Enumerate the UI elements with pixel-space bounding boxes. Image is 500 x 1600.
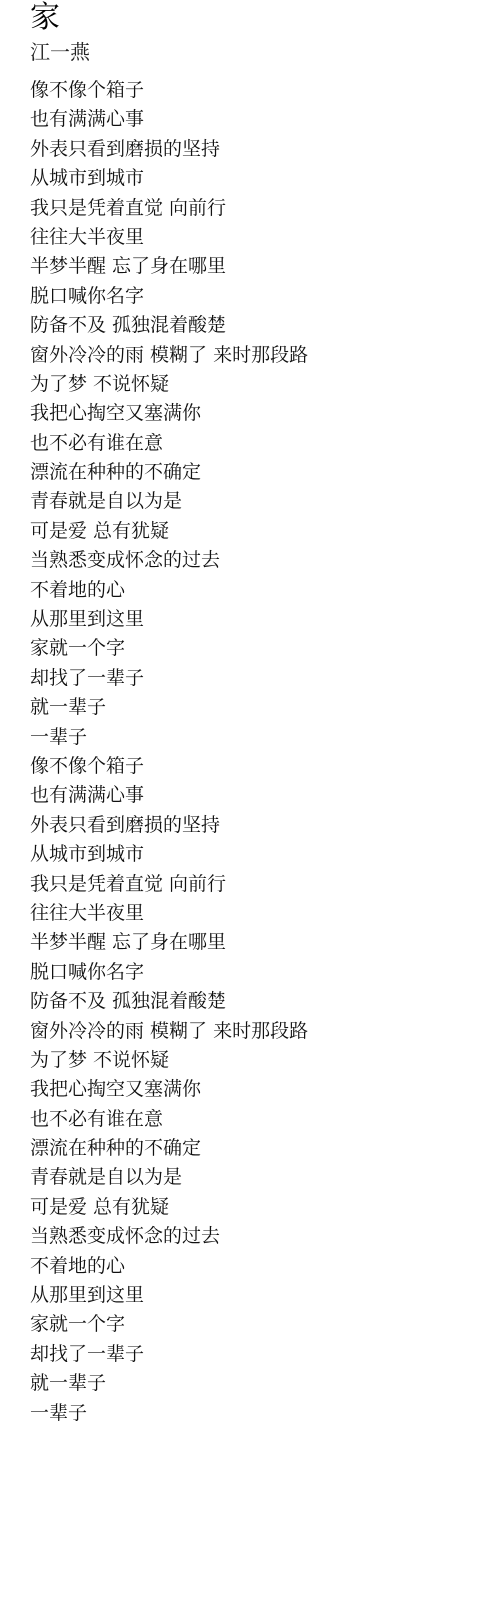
lyric-line: 就一辈子 — [30, 1369, 490, 1398]
lyric-line: 也有满满心事 — [30, 105, 490, 134]
lyric-line: 漂流在种种的不确定 — [30, 458, 490, 487]
lyric-line: 一辈子 — [30, 723, 490, 752]
lyric-line: 青春就是自以为是 — [30, 487, 490, 516]
lyric-line: 像不像个箱子 — [30, 752, 490, 781]
lyric-line: 像不像个箱子 — [30, 76, 490, 105]
lyric-line: 却找了一辈子 — [30, 1340, 490, 1369]
lyric-line: 也不必有谁在意 — [30, 429, 490, 458]
lyric-line: 就一辈子 — [30, 693, 490, 722]
lyric-line: 防备不及 孤独混着酸楚 — [30, 987, 490, 1016]
lyric-line: 从那里到这里 — [30, 1281, 490, 1310]
lyric-line: 从城市到城市 — [30, 840, 490, 869]
lyric-line: 漂流在种种的不确定 — [30, 1134, 490, 1163]
lyrics-list: 像不像个箱子 也有满满心事 外表只看到磨损的坚持 从城市到城市 我只是凭着直觉 … — [30, 76, 490, 1428]
lyric-line: 我只是凭着直觉 向前行 — [30, 194, 490, 223]
song-artist: 江一燕 — [30, 36, 490, 68]
lyric-line: 外表只看到磨损的坚持 — [30, 811, 490, 840]
lyric-line: 防备不及 孤独混着酸楚 — [30, 311, 490, 340]
lyric-line: 脱口喊你名字 — [30, 958, 490, 987]
lyric-line: 可是爱 总有犹疑 — [30, 1193, 490, 1222]
lyric-line: 家就一个字 — [30, 1310, 490, 1339]
song-title: 家 — [30, 0, 490, 36]
lyric-line: 我只是凭着直觉 向前行 — [30, 870, 490, 899]
lyric-line: 半梦半醒 忘了身在哪里 — [30, 252, 490, 281]
lyric-line: 往往大半夜里 — [30, 223, 490, 252]
lyrics-page: 家 江一燕 像不像个箱子 也有满满心事 外表只看到磨损的坚持 从城市到城市 我只… — [30, 0, 490, 1428]
lyric-line: 一辈子 — [30, 1399, 490, 1428]
lyric-line: 当熟悉变成怀念的过去 — [30, 1222, 490, 1251]
lyric-line: 外表只看到磨损的坚持 — [30, 135, 490, 164]
lyric-line: 当熟悉变成怀念的过去 — [30, 546, 490, 575]
lyric-line: 不着地的心 — [30, 576, 490, 605]
lyric-line: 为了梦 不说怀疑 — [30, 1046, 490, 1075]
lyric-line: 不着地的心 — [30, 1252, 490, 1281]
lyric-line: 窗外冷冷的雨 模糊了 来时那段路 — [30, 1017, 490, 1046]
lyric-line: 却找了一辈子 — [30, 664, 490, 693]
lyric-line: 为了梦 不说怀疑 — [30, 370, 490, 399]
lyric-line: 半梦半醒 忘了身在哪里 — [30, 928, 490, 957]
lyric-line: 窗外冷冷的雨 模糊了 来时那段路 — [30, 341, 490, 370]
lyric-line: 青春就是自以为是 — [30, 1163, 490, 1192]
lyric-line: 也有满满心事 — [30, 781, 490, 810]
lyric-line: 往往大半夜里 — [30, 899, 490, 928]
lyric-line: 家就一个字 — [30, 634, 490, 663]
lyric-line: 我把心掏空又塞满你 — [30, 399, 490, 428]
lyric-line: 我把心掏空又塞满你 — [30, 1075, 490, 1104]
lyric-line: 从城市到城市 — [30, 164, 490, 193]
lyric-line: 可是爱 总有犹疑 — [30, 517, 490, 546]
lyric-line: 也不必有谁在意 — [30, 1105, 490, 1134]
lyric-line: 脱口喊你名字 — [30, 282, 490, 311]
lyric-line: 从那里到这里 — [30, 605, 490, 634]
